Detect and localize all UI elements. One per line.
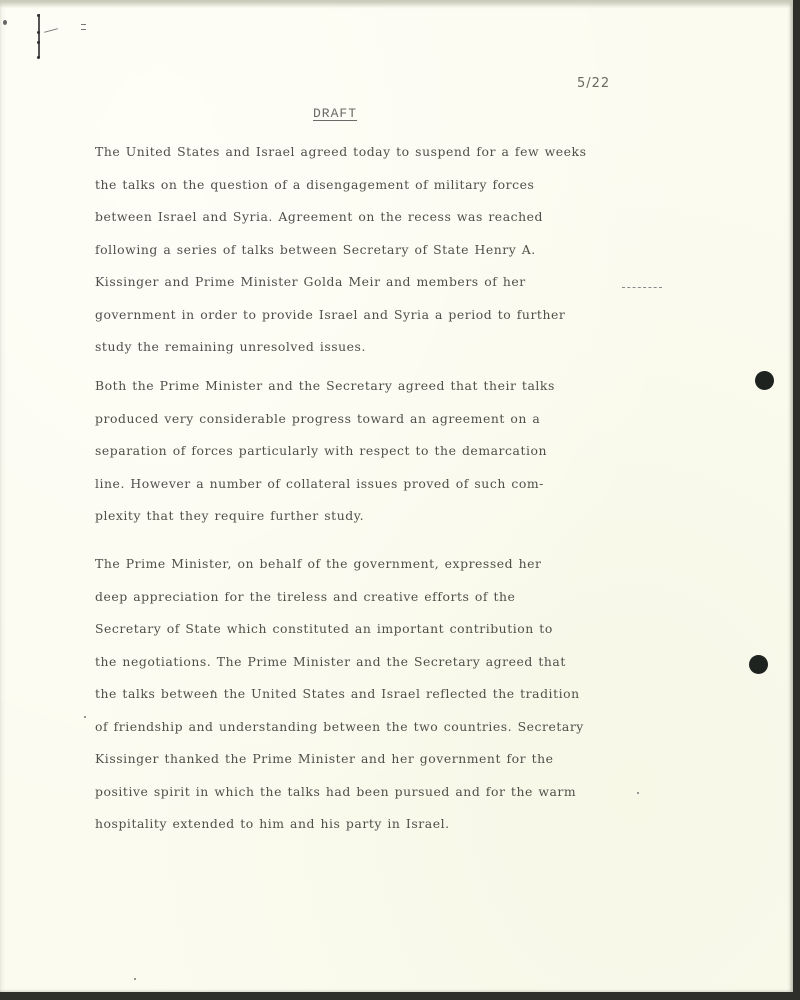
staple-dot [37, 56, 40, 59]
page-number: 5/22 [577, 76, 610, 91]
text-line: Both the Prime Minister and the Secretar… [95, 376, 655, 409]
text-line: Kissinger thanked the Prime Minister and… [95, 749, 655, 782]
paragraph-1: The United States and Israel agreed toda… [95, 142, 655, 370]
page-top-shadow [0, 0, 793, 8]
text-line: study the remaining unresolved issues. [95, 337, 655, 370]
pen-scratch [44, 28, 58, 33]
paragraph-2: Both the Prime Minister and the Secretar… [95, 376, 655, 539]
text-line: the talks on the question of a disengage… [95, 175, 655, 208]
staple-dot [37, 31, 40, 34]
text-line: line. However a number of collateral iss… [95, 474, 655, 507]
text-line: The United States and Israel agreed toda… [95, 142, 655, 175]
margin-speck [637, 792, 639, 794]
text-line: between Israel and Syria. Agreement on t… [95, 207, 655, 240]
staple-line [38, 14, 40, 58]
text-line: Kissinger and Prime Minister Golda Meir … [95, 272, 655, 305]
text-line: hospitality extended to him and his part… [95, 814, 655, 847]
text-line: the negotiations. The Prime Minister and… [95, 652, 655, 685]
text-line: produced very considerable progress towa… [95, 409, 655, 442]
document-page: 5/22 DRAFT The United States and Israel … [0, 0, 793, 992]
staple-dot [37, 41, 40, 44]
margin-speck [84, 716, 86, 718]
text-line: plexity that they require further study. [95, 506, 655, 539]
text-line: the talks between the United States and … [95, 684, 655, 717]
pen-scratch [81, 29, 86, 30]
margin-pen-mark [622, 287, 662, 290]
scan-edge-right [793, 0, 800, 1000]
punch-hole [755, 371, 774, 390]
margin-speck [3, 20, 7, 25]
punch-hole [749, 655, 768, 674]
text-line: of friendship and understanding between … [95, 717, 655, 750]
text-line: Secretary of State which constituted an … [95, 619, 655, 652]
text-line: following a series of talks between Secr… [95, 240, 655, 273]
text-line: The Prime Minister, on behalf of the gov… [95, 554, 655, 587]
margin-speck [134, 978, 136, 980]
margin-speck [212, 690, 214, 692]
draft-heading: DRAFT [313, 106, 357, 121]
staple-marks [36, 10, 96, 60]
scan-edge-bottom [0, 992, 800, 1000]
pen-scratch [81, 24, 86, 25]
staple-dot [37, 14, 40, 17]
text-line: positive spirit in which the talks had b… [95, 782, 655, 815]
text-line: deep appreciation for the tireless and c… [95, 587, 655, 620]
paragraph-3: The Prime Minister, on behalf of the gov… [95, 554, 655, 847]
text-line: separation of forces particularly with r… [95, 441, 655, 474]
text-line: government in order to provide Israel an… [95, 305, 655, 338]
